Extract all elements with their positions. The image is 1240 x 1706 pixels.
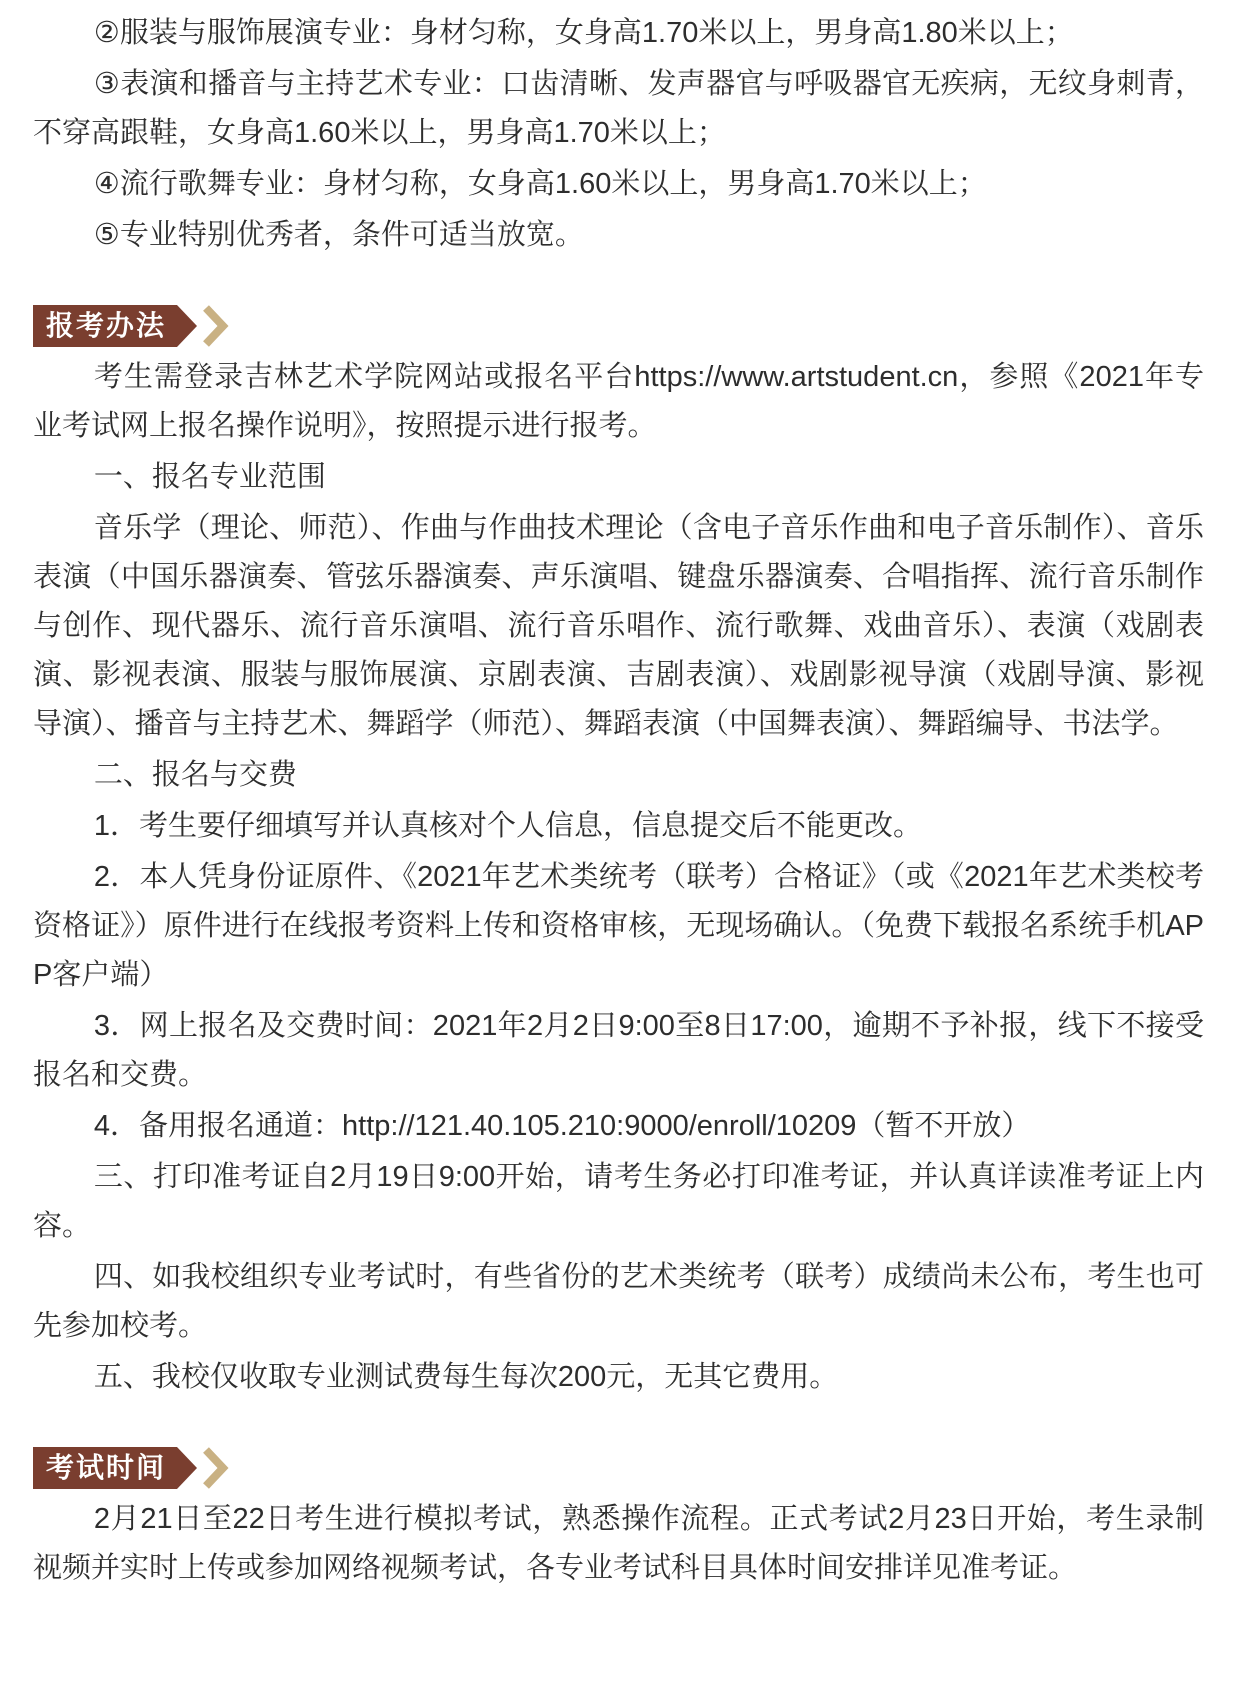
paragraph-requirement-4: ④流行歌舞专业：身材匀称，女身高1.60米以上，男身高1.70米以上； — [33, 160, 1204, 209]
section-badge-label: 报考办法 — [33, 305, 177, 347]
paragraph-exam-fee: 五、我校仅收取专业测试费每生每次200元，无其它费用。 — [33, 1353, 1204, 1402]
paragraph-registration-platform: 考生需登录吉林艺术学院网站或报名平台https://www.artstudent… — [33, 353, 1204, 451]
paragraph-registration-item-3: 3．网上报名及交费时间：2021年2月2日9:00至8日17:00，逾期不予补报… — [33, 1002, 1204, 1100]
paragraph-major-list: 音乐学（理论、师范）、作曲与作曲技术理论（含电子音乐作曲和电子音乐制作）、音乐表… — [33, 504, 1204, 749]
paragraph-requirement-3: ③表演和播音与主持艺术专业：口齿清晰、发声器官与呼吸器官无疾病，无纹身刺青，不穿… — [33, 60, 1204, 158]
paragraph-exam-schedule: 2月21日至22日考生进行模拟考试，熟悉操作流程。正式考试2月23日开始，考生录… — [33, 1495, 1204, 1593]
section-header-exam-time: 考试时间 — [33, 1447, 1204, 1489]
document-page: ②服装与服饰展演专业：身材匀称，女身高1.70米以上，男身高1.80米以上； ③… — [0, 0, 1240, 1706]
paragraph-registration-item-2: 2．本人凭身份证原件、《2021年艺术类统考（联考）合格证》（或《2021年艺术… — [33, 853, 1204, 1000]
paragraph-requirement-5: ⑤专业特别优秀者，条件可适当放宽。 — [33, 211, 1204, 260]
chevron-right-icon — [177, 1447, 235, 1489]
paragraph-heading-registration-payment: 二、报名与交费 — [33, 751, 1204, 800]
paragraph-heading-major-scope: 一、报名专业范围 — [33, 453, 1204, 502]
chevron-right-icon — [177, 305, 235, 347]
paragraph-requirement-2: ②服装与服饰展演专业：身材匀称，女身高1.70米以上，男身高1.80米以上； — [33, 9, 1204, 58]
section-header-application-method: 报考办法 — [33, 305, 1204, 347]
paragraph-provincial-exam-note: 四、如我校组织专业考试时，有些省份的艺术类统考（联考）成绩尚未公布，考生也可先参… — [33, 1253, 1204, 1351]
paragraph-print-admission-ticket: 三、打印准考证自2月19日9:00开始，请考生务必打印准考证，并认真详读准考证上… — [33, 1153, 1204, 1251]
paragraph-registration-item-1: 1．考生要仔细填写并认真核对个人信息，信息提交后不能更改。 — [33, 802, 1204, 851]
paragraph-registration-item-4: 4．备用报名通道：http://121.40.105.210:9000/enro… — [33, 1102, 1204, 1151]
section-badge-label: 考试时间 — [33, 1447, 177, 1489]
